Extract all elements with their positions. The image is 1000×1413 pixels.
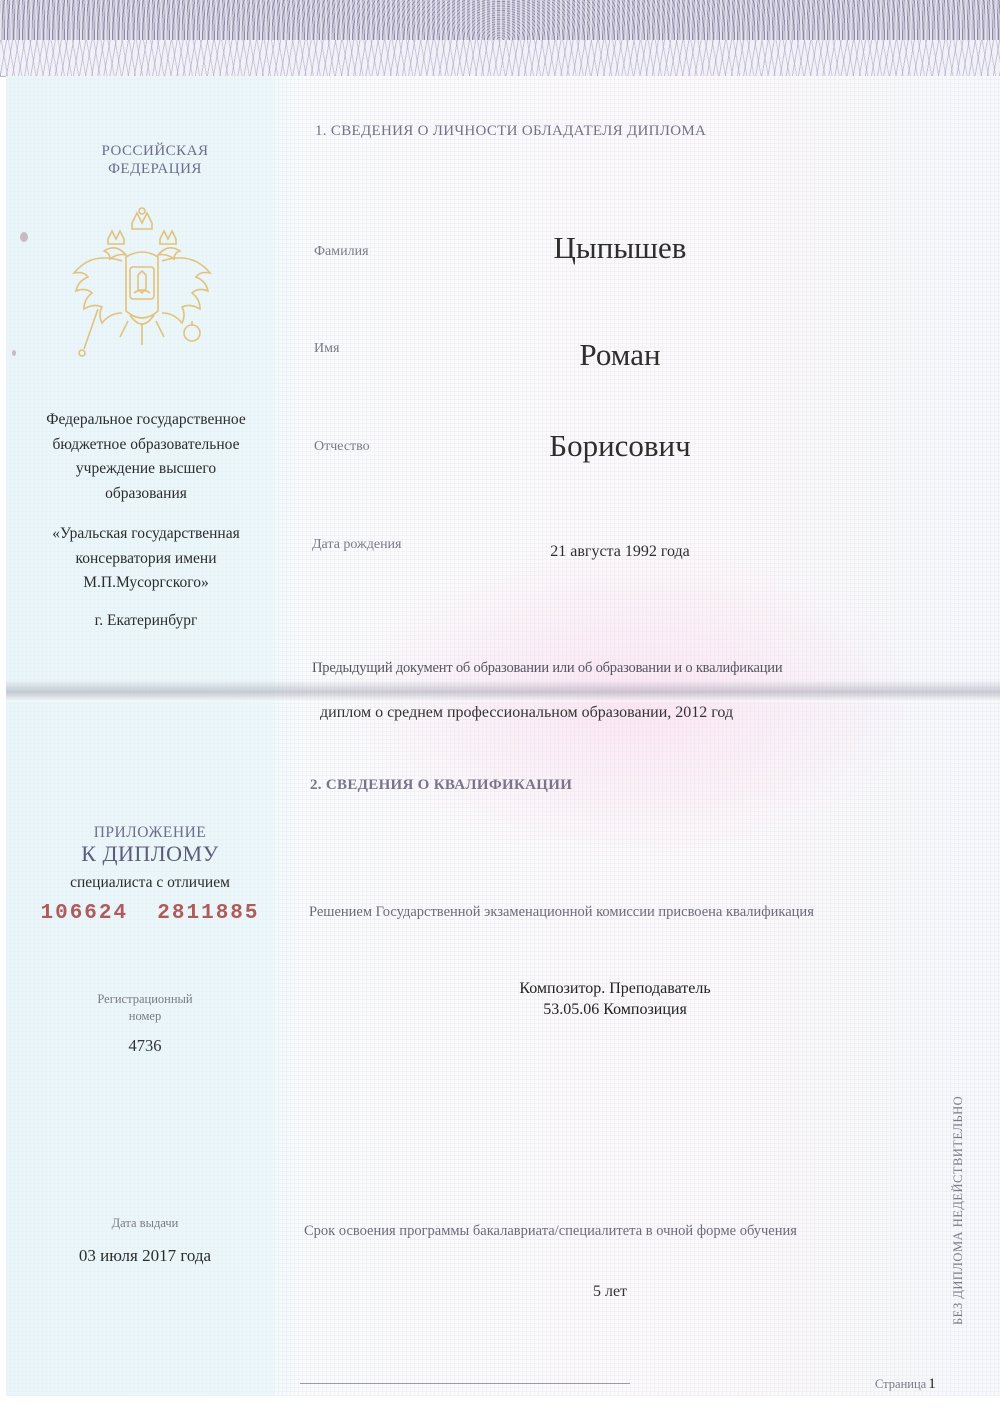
institution-name-line: М.П.Мусоргского»: [14, 571, 278, 596]
institution-name-line: консерватория имени: [14, 547, 278, 572]
paper-fold-shadow: [6, 680, 1000, 702]
section-1-title: 1. СВЕДЕНИЯ О ЛИЧНОСТИ ОБЛАДАТЕЛЯ ДИПЛОМ…: [315, 123, 706, 140]
country-line-1: РОССИЙСКАЯ: [40, 142, 270, 160]
institution-city: г. Екатеринбург: [14, 612, 278, 630]
issue-date-label: Дата выдачи: [30, 1216, 260, 1231]
patronymic-value: Борисович: [470, 428, 770, 464]
institution-name-line: «Уральская государственная: [14, 522, 278, 547]
institution-type-line: Федеральное государственное: [14, 408, 278, 433]
security-pattern-band-lower: [0, 40, 1000, 77]
previous-document-label: Предыдущий документ об образовании или о…: [312, 660, 782, 677]
patronymic-label: Отчество: [314, 439, 370, 455]
security-pattern-band: [0, 0, 1000, 40]
institution-type: Федеральное государственное бюджетное об…: [14, 408, 278, 506]
institution-type-line: учреждение высшего: [14, 457, 278, 482]
qualification-title: Композитор. Преподаватель: [420, 978, 810, 999]
qualification-decision-text: Решением Государственной экзаменационной…: [309, 904, 814, 921]
institution-name: «Уральская государственная консерватория…: [14, 522, 278, 596]
page-indicator: Страница1: [875, 1376, 936, 1393]
surname-value: Цыпышев: [470, 230, 770, 266]
first-name-label: Имя: [314, 341, 339, 357]
section-2-title: 2. СВЕДЕНИЯ О КВАЛИФИКАЦИИ: [310, 777, 572, 794]
country-line-2: ФЕДЕРАЦИЯ: [40, 160, 270, 178]
institution-type-line: образования: [14, 482, 278, 507]
validity-note: БЕЗ ДИПЛОМА НЕДЕЙСТВИТЕЛЬНО: [951, 1090, 969, 1330]
scan-speck: [12, 350, 16, 356]
previous-document-value: диплом о среднем профессиональном образо…: [320, 704, 733, 722]
serial-number: 106624 2811885: [20, 902, 280, 925]
registration-label-line: номер: [40, 1008, 250, 1025]
appendix-title-line1: ПРИЛОЖЕНИЕ: [30, 824, 270, 842]
page-label: Страница: [875, 1377, 926, 1391]
institution-type-line: бюджетное образовательное: [14, 433, 278, 458]
country-name: РОССИЙСКАЯ ФЕДЕРАЦИЯ: [40, 142, 270, 178]
signature-line: [300, 1383, 630, 1384]
issue-date: 03 июля 2017 года: [30, 1246, 260, 1266]
appendix-title-line2: К ДИПЛОМУ: [30, 841, 270, 867]
surname-label: Фамилия: [314, 244, 369, 260]
program-duration-label: Срок освоения программы бакалавриата/спе…: [304, 1223, 797, 1240]
page-number: 1: [928, 1376, 936, 1392]
program-duration-value: 5 лет: [540, 1283, 680, 1301]
registration-number-label: Регистрационный номер: [40, 991, 250, 1025]
qualification: Композитор. Преподаватель 53.05.06 Компо…: [420, 978, 810, 1020]
birth-date-value: 21 августа 1992 года: [470, 543, 770, 561]
scan-speck: [20, 232, 28, 242]
qualification-specialty: 53.05.06 Композиция: [420, 999, 810, 1020]
diploma-type: специалиста с отличием: [20, 874, 280, 892]
first-name-value: Роман: [470, 337, 770, 373]
registration-label-line: Регистрационный: [40, 991, 250, 1008]
birth-date-label: Дата рождения: [312, 537, 402, 553]
coat-of-arms-icon: [68, 205, 216, 363]
registration-number: 4736: [40, 1036, 250, 1056]
